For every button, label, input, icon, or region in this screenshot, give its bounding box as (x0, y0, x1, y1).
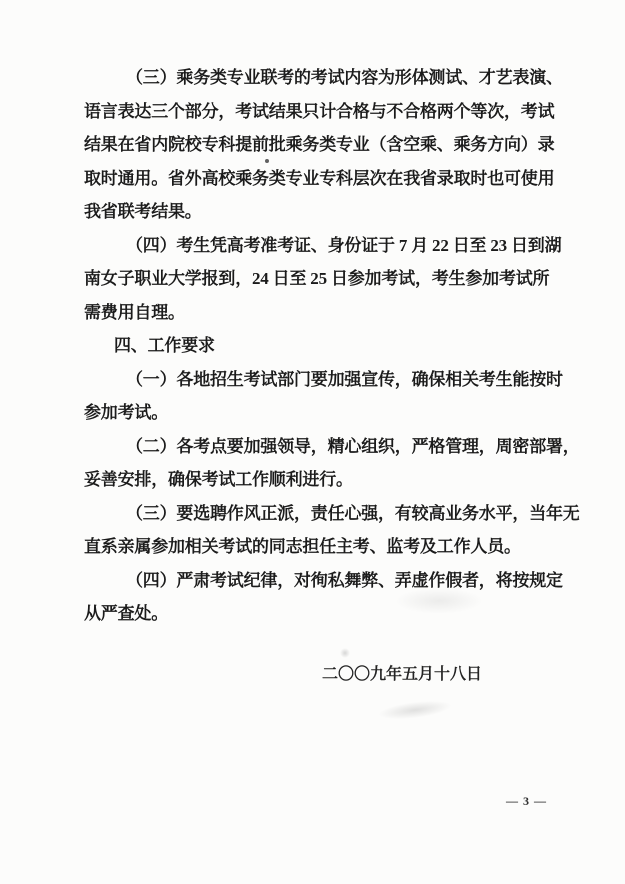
text-line: 南女子职业大学报到，24 日至 25 日参加考试，考生参加考试所 (84, 262, 574, 296)
text-line: （三）乘务类专业联考的考试内容为形体测试、才艺表演、 (84, 61, 574, 95)
document-body: （三）乘务类专业联考的考试内容为形体测试、才艺表演、 语言表达三个部分，考试结果… (84, 61, 574, 631)
text-line: （二）各考点要加强领导，精心组织，严格管理，周密部署， (84, 430, 574, 464)
text-line: 直系亲属参加相关考试的同志担任主考、监考及工作人员。 (84, 530, 574, 564)
text-line: （一）各地招生考试部门要加强宣传，确保相关考生能按时 (84, 363, 574, 397)
text-line: 结果在省内院校专科提前批乘务类专业（含空乘、乘务方向）录 (84, 128, 574, 162)
text-line: 语言表达三个部分，考试结果只计合格与不合格两个等次，考试 (84, 95, 574, 129)
text-line: 妥善安排，确保考试工作顺利进行。 (84, 463, 574, 497)
text-line: 我省联考结果。 (84, 195, 574, 229)
document-date: 二〇〇九年五月十八日 (322, 661, 482, 684)
text-line: 从严查处。 (84, 597, 574, 631)
scan-smudge (377, 698, 452, 723)
text-line: 需费用自理。 (84, 296, 574, 330)
text-line: 取时通用。省外高校乘务类专业专科层次在我省录取时也可使用 (84, 162, 574, 196)
text-line: （四）严肃考试纪律，对徇私舞弊、弄虚作假者，将按规定 (84, 564, 574, 598)
scan-smudge (340, 648, 350, 658)
scanned-document-page: （三）乘务类专业联考的考试内容为形体测试、才艺表演、 语言表达三个部分，考试结果… (0, 0, 625, 884)
text-line: （四）考生凭高考准考证、身份证于 7 月 22 日至 23 日到湖 (84, 229, 574, 263)
text-line: （三）要选聘作风正派，责任心强，有较高业务水平，当年无 (84, 497, 574, 531)
text-line: 参加考试。 (84, 396, 574, 430)
section-heading-line: 四、工作要求 (84, 329, 574, 363)
page-number: — 3 — (506, 794, 547, 809)
